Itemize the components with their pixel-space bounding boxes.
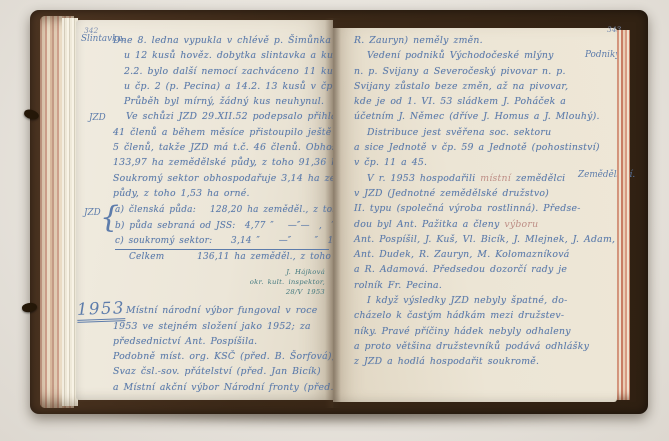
handwriting-line: a sice Jednotě v čp. 59 a Jednotě (pohos… <box>354 140 594 155</box>
paragraph-jzd-spory: I když výsledky JZD nebyly špatné, do-ch… <box>354 293 594 369</box>
handwriting-line: 133,97 ha zemědělské půdy, z toho 91,36 … <box>113 155 329 170</box>
handwriting-line: 28/V 1953 <box>113 288 325 298</box>
left-page: 342 Slintavka. JZD JZD { 1953 Dne 8. led… <box>76 20 333 400</box>
handwriting-segment: V r. 1953 hospodařili <box>367 173 480 184</box>
handwriting-segment: Ant. Pospíšil, J. Kuš, Vl. Bicík, J. Mle… <box>354 234 615 245</box>
margin-note-jzd-table: JZD <box>84 208 101 218</box>
handwriting-segment: 1953 ve stejném složení jako 1952; za <box>113 321 311 332</box>
handwriting-line: c) soukromý sektor: 3,14 ″ —″ ″ 1,53 ″ <box>115 234 329 250</box>
handwriting-line: z JZD a hodlá hospodařit soukromě. <box>354 354 594 369</box>
paragraph-opening: R. Zauryn) neměly změn. <box>354 33 594 48</box>
handwriting-segment: půdy, z toho 1,53 ha orné. <box>113 188 250 199</box>
handwriting-segment: Podobně míst. org. KSČ (před. B. Šorfová… <box>113 351 335 362</box>
handwriting-segment: kde je od 1. VI. 53 sládkem J. Poháček a <box>354 96 566 107</box>
handwriting-segment-red-ink: výboru <box>504 219 538 230</box>
handwriting-line: v JZD (Jednotné zemědělské družstvo) <box>354 186 594 201</box>
handwriting-segment: a R. Adamová. Předsedou dozorčí rady je <box>354 264 567 275</box>
handwriting-segment: předsednictví Ant. Pospíšila. <box>113 336 257 347</box>
handwriting-line: I když výsledky JZD nebyly špatné, do- <box>354 293 594 308</box>
handwriting-segment: v JZD (Jednotné zemědělské družstvo) <box>354 188 549 199</box>
handwriting-segment: n. p. Svijany a Severočeský pivovar n. p… <box>354 66 566 77</box>
paragraph-distribuce: Distribuce jest svěřena soc. sektorua si… <box>354 125 594 171</box>
handwriting-line: Svijany zůstalo beze změn, až na pivovar… <box>354 79 594 94</box>
handwriting-line: u čp. 2 (p. Pecina) a 14.2. 13 kusů v čp… <box>113 79 329 94</box>
handwriting-segment: R. Zauryn) neměly změn. <box>354 35 483 46</box>
right-page-text: R. Zauryn) neměly změn.Vedení podniků Vý… <box>354 33 594 370</box>
paragraph-mnv: Místní národní výbor fungoval v roce1953… <box>113 303 329 395</box>
handwriting-line: Dne 8. ledna vypukla v chlévě p. Šimůnka… <box>113 33 329 48</box>
right-page: 343 Podniky, Zemědělství. R. Zauryn) nem… <box>333 28 617 402</box>
handwriting-line: J. Hájková <box>113 268 325 278</box>
handwriting-segment: c) soukromý sektor: 3,14 ″ —″ ″ 1,53 ″ <box>115 236 357 246</box>
paragraph-podniky: Vedení podniků Východočeské mlýnyn. p. S… <box>354 48 594 124</box>
handwriting-segment: cházelo k častým hádkám mezi družstev- <box>354 310 564 321</box>
handwriting-segment: Distribuce jest svěřena soc. sektoru <box>367 127 551 138</box>
handwriting-line: Distribuce jest svěřena soc. sektoru <box>354 125 594 140</box>
handwriting-line: účetním J. Němec (dříve J. Homus a J. Ml… <box>354 109 594 124</box>
handwriting-line: V r. 1953 hospodařili místní zemědělci <box>354 171 594 186</box>
handwriting-line: v čp. 11 a 45. <box>354 155 594 170</box>
paragraph-jzd: Ve schůzi JZD 29.XII.52 podepsalo přihlá… <box>113 109 329 201</box>
handwriting-line: Celkem 136,11 ha zeměděl., z toho 99,19 … <box>115 250 329 265</box>
handwriting-segment: z JZD a hodlá hospodařit soukromě. <box>354 356 539 367</box>
handwriting-line: kde je od 1. VI. 53 sládkem J. Poháček a <box>354 94 594 109</box>
handwriting-line: půdy, z toho 1,53 ha orné. <box>113 186 329 201</box>
handwriting-line: a) členská půda: 128,20 ha zeměděl., z t… <box>115 203 329 218</box>
handwriting-line: níky. Pravé příčiny hádek nebyly odhalen… <box>354 324 594 339</box>
handwriting-segment: níky. Pravé příčiny hádek nebyly odhalen… <box>354 326 571 337</box>
handwriting-line: 1953 ve stejném složení jako 1952; za <box>113 319 329 334</box>
handwriting-segment: v čp. 11 a 45. <box>354 157 427 168</box>
paragraph-signature: J. Hájkováokr. kult. inspektor,28/V 1953 <box>113 268 325 297</box>
handwriting-segment: I když výsledky JZD nebyly špatné, do- <box>367 295 568 306</box>
handwriting-line: a proto většina družstevníků podává odhl… <box>354 339 594 354</box>
handwriting-segment: Ant. Dudek, R. Zauryn, M. Kolomazníková <box>354 249 570 260</box>
handwriting-line: II. typu (společná výroba rostlinná). Př… <box>354 201 594 216</box>
handwriting-segment-red-ink: místní <box>480 173 511 184</box>
handwriting-line: rolník Fr. Pecina. <box>354 278 594 293</box>
handwriting-line: Místní národní výbor fungoval v roce <box>113 303 329 318</box>
handwriting-line: a Místní akční výbor Národní fronty (pře… <box>113 380 329 395</box>
handwriting-line: n. p. Svijany a Severočeský pivovar n. p… <box>354 64 594 79</box>
handwriting-line: 2.2. bylo další nemocí zachváceno 11 kus… <box>113 64 329 79</box>
handwriting-segment: Vedení podniků Východočeské mlýny <box>367 50 554 61</box>
handwriting-line: Ve schůzi JZD 29.XII.52 podepsalo přihlá… <box>113 109 329 124</box>
handwriting-line: Podobně míst. org. KSČ (před. B. Šorfová… <box>113 349 329 364</box>
handwriting-segment: rolník Fr. Pecina. <box>354 280 442 291</box>
handwriting-segment: 28/V 1953 <box>286 288 325 296</box>
left-page-text: Dne 8. ledna vypukla v chlévě p. Šimůnka… <box>113 33 329 395</box>
handwriting-segment: J. Hájková <box>286 268 325 276</box>
handwriting-line: 5 členů, takže JZD má t.č. 46 členů. Obh… <box>113 140 329 155</box>
handwriting-segment: II. typu (společná výroba rostlinná). Př… <box>354 203 581 214</box>
handwriting-line: Svaz čsl.-sov. přátelství (před. Jan Bic… <box>113 364 329 379</box>
handwriting-line: Ant. Pospíšil, J. Kuš, Vl. Bicík, J. Mle… <box>354 232 594 247</box>
handwriting-line: b) půda sebraná od JSS: 4,77 ″ —″— , ″ 2… <box>115 219 329 234</box>
handwriting-line: 41 členů a během měsíce přistoupilo ješt… <box>113 125 329 140</box>
handwriting-line: okr. kult. inspektor, <box>113 278 325 288</box>
handwriting-segment: okr. kult. inspektor, <box>250 278 325 286</box>
handwriting-segment: a sice Jednotě v čp. 59 a Jednotě (pohos… <box>354 142 600 153</box>
book-gutter <box>325 18 341 408</box>
handwriting-segment: Svaz čsl.-sov. přátelství (před. Jan Bic… <box>113 366 321 377</box>
paragraph-table: a) členská půda: 128,20 ha zeměděl., z t… <box>115 203 329 265</box>
fore-edge-pages <box>617 30 630 400</box>
handwriting-segment: a Místní akční výbor Národní fronty (pře… <box>113 382 334 393</box>
handwriting-segment: Průběh byl mírný, žádný kus neuhynul. <box>124 96 324 107</box>
handwriting-line: dou byl Ant. Pažitka a členy výboru <box>354 217 594 232</box>
paragraph-zemedelstvi: V r. 1953 hospodařili místní zemědělciv … <box>354 171 594 293</box>
handwriting-line: R. Zauryn) neměly změn. <box>354 33 594 48</box>
handwriting-segment: dou byl Ant. Pažitka a členy <box>354 219 504 230</box>
handwriting-line: předsednictví Ant. Pospíšila. <box>113 334 329 349</box>
handwriting-segment: 41 členů a během měsíce přistoupilo ješt… <box>113 127 332 138</box>
margin-note-jzd: JZD <box>89 113 106 123</box>
handwriting-segment: Místní národní výbor fungoval v roce <box>126 305 317 316</box>
handwriting-line: Ant. Dudek, R. Zauryn, M. Kolomazníková <box>354 247 594 262</box>
handwriting-segment: 2.2. bylo další nemocí zachváceno 11 kus… <box>124 66 344 77</box>
photo-background: 342 Slintavka. JZD JZD { 1953 Dne 8. led… <box>0 0 669 441</box>
handwriting-segment: účetním J. Němec (dříve J. Homus a J. Ml… <box>354 111 600 122</box>
paragraph-slintavka: Dne 8. ledna vypukla v chlévě p. Šimůnka… <box>113 33 329 109</box>
handwriting-line: a R. Adamová. Předsedou dozorčí rady je <box>354 262 594 277</box>
handwriting-line: Průběh byl mírný, žádný kus neuhynul. <box>113 94 329 109</box>
handwriting-line: cházelo k častým hádkám mezi družstev- <box>354 308 594 323</box>
handwriting-line: Vedení podniků Východočeské mlýny <box>354 48 594 63</box>
handwriting-line: Soukromý sektor obhospodařuje 3,14 ha ze… <box>113 171 329 186</box>
handwriting-segment: Ve schůzi JZD 29.XII.52 podepsalo přihlá… <box>126 111 353 122</box>
handwriting-segment: a proto většina družstevníků podává odhl… <box>354 341 589 352</box>
handwriting-line: u 12 kusů hověz. dobytka slintavka a kul… <box>113 48 329 63</box>
handwriting-segment: Svijany zůstalo beze změn, až na pivovar… <box>354 81 568 92</box>
handwriting-segment: zemědělci <box>511 173 565 184</box>
